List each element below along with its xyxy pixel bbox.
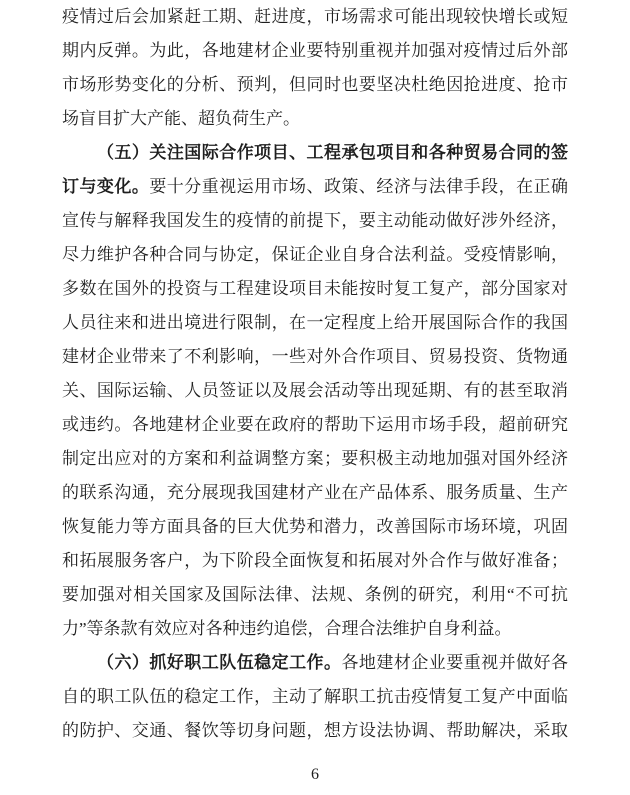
text-line-regular-segment: 自的职工队伍的稳定工作，主动了解职工抗击疫情复工复产中面临 xyxy=(62,687,568,706)
text-line-regular-segment: 力”等条款有效应对各种违约追偿，合理合法维护自身利益。 xyxy=(62,619,512,638)
text-line: 关、国际运输、人员签证以及展会活动等出现延期、有的甚至取消 xyxy=(62,374,568,408)
text-line: 自的职工队伍的稳定工作，主动了解职工抗击疫情复工复产中面临 xyxy=(62,680,568,714)
text-line: 建材企业带来了不利影响，一些对外合作项目、贸易投资、货物通 xyxy=(62,340,568,374)
text-line-regular-segment: 疫情过后会加紧赶工期、赶进度，市场需求可能出现较快增长或短 xyxy=(62,7,568,26)
text-line-regular-segment: 或违约。各地建材企业要在政府的帮助下运用市场手段，超前研究 xyxy=(62,415,568,434)
text-line: 期内反弹。为此，各地建材企业要特别重视并加强对疫情过后外部 xyxy=(62,34,568,68)
document-page: 疫情过后会加紧赶工期、赶进度，市场需求可能出现较快增长或短期内反弹。为此，各地建… xyxy=(0,0,630,795)
text-line-regular-segment: 的防护、交通、餐饮等切身问题，想方设法协调、帮助解决，采取 xyxy=(62,721,568,740)
text-line: （六）抓好职工队伍稳定工作。各地建材企业要重视并做好各 xyxy=(62,646,568,680)
text-line-bold-segment: 订与变化。 xyxy=(62,177,149,196)
text-line: 恢复能力等方面具备的巨大优势和潜力，改善国际市场环境，巩固 xyxy=(62,510,568,544)
text-line-regular-segment: 制定出应对的方案和利益调整方案；要积极主动地加强对国外经济 xyxy=(62,449,568,468)
text-line-regular-segment: 各地建材企业要重视并做好各 xyxy=(341,653,568,672)
text-line-regular-segment: 要十分重视运用市场、政策、经济与法律手段，在正确 xyxy=(149,177,568,196)
text-line: 疫情过后会加紧赶工期、赶进度，市场需求可能出现较快增长或短 xyxy=(62,0,568,34)
text-line-bold-segment: （六）抓好职工队伍稳定工作。 xyxy=(97,653,341,672)
text-line-regular-segment: 市场形势变化的分析、预判，但同时也要坚决杜绝因抢进度、抢市 xyxy=(62,75,568,94)
text-line: 或违约。各地建材企业要在政府的帮助下运用市场手段，超前研究 xyxy=(62,408,568,442)
text-line-regular-segment: 建材企业带来了不利影响，一些对外合作项目、贸易投资、货物通 xyxy=(62,347,568,366)
text-line-regular-segment: 恢复能力等方面具备的巨大优势和潜力，改善国际市场环境，巩固 xyxy=(62,517,568,536)
text-line: 多数在国外的投资与工程建设项目未能按时复工复产，部分国家对 xyxy=(62,272,568,306)
text-line: 尽力维护各种合同与协定，保证企业自身合法利益。受疫情影响， xyxy=(62,238,568,272)
text-line: 场盲目扩大产能、超负荷生产。 xyxy=(62,102,568,136)
text-line-regular-segment: 的联系沟通，充分展现我国建材产业在产品体系、服务质量、生产 xyxy=(62,483,568,502)
text-line-bold-segment: （五）关注国际合作项目、工程承包项目和各种贸易合同的签 xyxy=(97,143,568,162)
text-line: 要加强对相关国家及国际法律、法规、条例的研究，利用“不可抗 xyxy=(62,578,568,612)
text-line: 制定出应对的方案和利益调整方案；要积极主动地加强对国外经济 xyxy=(62,442,568,476)
text-line-regular-segment: 关、国际运输、人员签证以及展会活动等出现延期、有的甚至取消 xyxy=(62,381,568,400)
text-line-regular-segment: 宣传与解释我国发生的疫情的前提下，要主动能动做好涉外经济， xyxy=(62,211,568,230)
text-line-regular-segment: 要加强对相关国家及国际法律、法规、条例的研究，利用“不可抗 xyxy=(62,585,568,604)
text-line-regular-segment: 场盲目扩大产能、超负荷生产。 xyxy=(62,109,300,128)
text-line-regular-segment: 和拓展服务客户，为下阶段全面恢复和拓展对外合作与做好准备； xyxy=(62,551,568,570)
text-line: （五）关注国际合作项目、工程承包项目和各种贸易合同的签 xyxy=(62,136,568,170)
text-line: 宣传与解释我国发生的疫情的前提下，要主动能动做好涉外经济， xyxy=(62,204,568,238)
page-number: 6 xyxy=(0,763,630,787)
text-line: 的防护、交通、餐饮等切身问题，想方设法协调、帮助解决，采取 xyxy=(62,714,568,748)
text-line-regular-segment: 尽力维护各种合同与协定，保证企业自身合法利益。受疫情影响， xyxy=(62,245,568,264)
text-line-regular-segment: 人员往来和进出境进行限制，在一定程度上给开展国际合作的我国 xyxy=(62,313,568,332)
text-line: 人员往来和进出境进行限制，在一定程度上给开展国际合作的我国 xyxy=(62,306,568,340)
text-line: 订与变化。要十分重视运用市场、政策、经济与法律手段，在正确 xyxy=(62,170,568,204)
text-line-regular-segment: 多数在国外的投资与工程建设项目未能按时复工复产，部分国家对 xyxy=(62,279,568,298)
text-line-regular-segment: 期内反弹。为此，各地建材企业要特别重视并加强对疫情过后外部 xyxy=(62,41,568,60)
text-block: 疫情过后会加紧赶工期、赶进度，市场需求可能出现较快增长或短期内反弹。为此，各地建… xyxy=(62,0,568,748)
text-line: 的联系沟通，充分展现我国建材产业在产品体系、服务质量、生产 xyxy=(62,476,568,510)
text-line: 市场形势变化的分析、预判，但同时也要坚决杜绝因抢进度、抢市 xyxy=(62,68,568,102)
text-line: 力”等条款有效应对各种违约追偿，合理合法维护自身利益。 xyxy=(62,612,568,646)
text-line: 和拓展服务客户，为下阶段全面恢复和拓展对外合作与做好准备； xyxy=(62,544,568,578)
